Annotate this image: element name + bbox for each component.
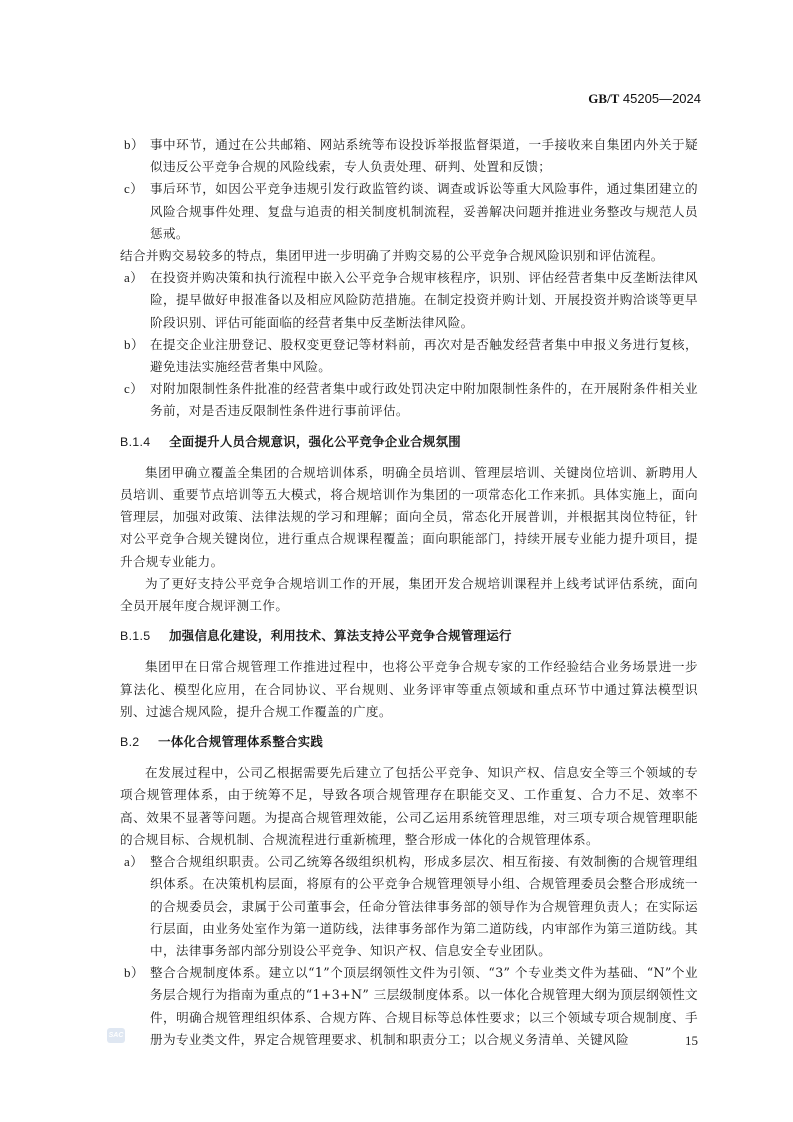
section-number: B.1.4 [120,435,150,449]
list-item-text: 在投资并购决策和执行流程中嵌入公平竞争合规审核程序，识别、评估经营者集中反垄断法… [150,270,698,329]
paragraph: 在发展过程中，公司乙根据需要先后建立了包括公平竞争、知识产权、信息安全等三个领域… [120,762,698,851]
section-number: B.1.5 [120,629,150,643]
list-marker: b） [124,962,144,984]
section-heading-b-1-5: B.1.5 加强信息化建设，利用技术、算法支持公平竞争合规管理运行 [120,625,698,647]
list-item-text: 在提交企业注册登记、股权变更登记等材料前，再次对是否触发经营者集中申报义务进行复… [150,337,698,374]
list-marker: c） [124,378,143,400]
list-item-a: a） 整合合规组织职责。公司乙统筹各级组织机构，形成多层次、相互衔接、有效制衡的… [120,851,698,962]
paragraph-merger-intro: 结合并购交易较多的特点，集团甲进一步明确了并购交易的公平竞争合规风险识别和评估流… [120,245,698,267]
sac-logo-icon: SAC [107,1028,125,1043]
section-title: 全面提升人员合规意识，强化公平竞争企业合规氛围 [169,434,461,449]
section-title: 一体化合规管理体系整合实践 [158,734,323,749]
section-title: 加强信息化建设，利用技术、算法支持公平竞争合规管理运行 [169,628,512,643]
list-item-text: 对附加限制性条件批准的经营者集中或行政处罚决定中附加限制性条件的，在开展附条件相… [150,381,698,418]
list-item-b: b） 事中环节，通过在公共邮箱、网站系统等布设投诉举报监督渠道，一手接收来自集团… [120,134,698,178]
paragraph: 集团甲在日常合规管理工作推进过程中，也将公平竞争合规专家的工作经验结合业务场景进… [120,656,698,723]
standard-prefix: GB/T [588,91,619,106]
list-item-c: c） 事后环节，如因公平竞争违规引发行政监管约谈、调查或诉讼等重大风险事件，通过… [120,178,698,245]
section-number: B.2 [120,735,140,749]
list-marker: b） [124,134,144,156]
page-number: 15 [685,1033,698,1049]
list-marker: c） [124,178,143,200]
list-item-text: 整合合规组织职责。公司乙统筹各级组织机构，形成多层次、相互衔接、有效制衡的合规管… [150,854,698,958]
list-item-b: b） 在提交企业注册登记、股权变更登记等材料前，再次对是否触发经营者集中申报义务… [120,334,698,378]
paragraph: 集团甲确立覆盖全集团的合规培训体系，明确全员培训、管理层培训、关键岗位培训、新聘… [120,462,698,573]
list-item-c: c） 对附加限制性条件批准的经营者集中或行政处罚决定中附加限制性条件的，在开展附… [120,378,698,422]
list-item-text: 事中环节，通过在公共邮箱、网站系统等布设投诉举报监督渠道，一手接收来自集团内外关… [150,137,698,174]
standard-code: GB/T 45205—2024 [588,91,701,107]
list-item-text: 整合合规制度体系。建立以“1”个顶层纲领性文件为引领、“3” 个专业类文件为基础… [150,965,698,1047]
list-marker: a） [124,851,143,873]
list-marker: b） [124,334,144,356]
list-marker: a） [124,267,143,289]
list-item-text: 事后环节，如因公平竞争违规引发行政监管约谈、调查或诉讼等重大风险事件，通过集团建… [150,181,698,240]
section-heading-b-2: B.2 一体化合规管理体系整合实践 [120,731,698,753]
list-item-b: b） 整合合规制度体系。建立以“1”个顶层纲领性文件为引领、“3” 个专业类文件… [120,962,698,1051]
section-heading-b-1-4: B.1.4 全面提升人员合规意识，强化公平竞争企业合规氛围 [120,431,698,453]
document-body: b） 事中环节，通过在公共邮箱、网站系统等布设投诉举报监督渠道，一手接收来自集团… [120,134,698,1051]
list-item-a: a） 在投资并购决策和执行流程中嵌入公平竞争合规审核程序，识别、评估经营者集中反… [120,267,698,334]
paragraph: 为了更好支持公平竞争合规培训工作的开展，集团开发合规培训课程并上线考试评估系统，… [120,573,698,617]
standard-number: 45205—2024 [623,91,701,106]
